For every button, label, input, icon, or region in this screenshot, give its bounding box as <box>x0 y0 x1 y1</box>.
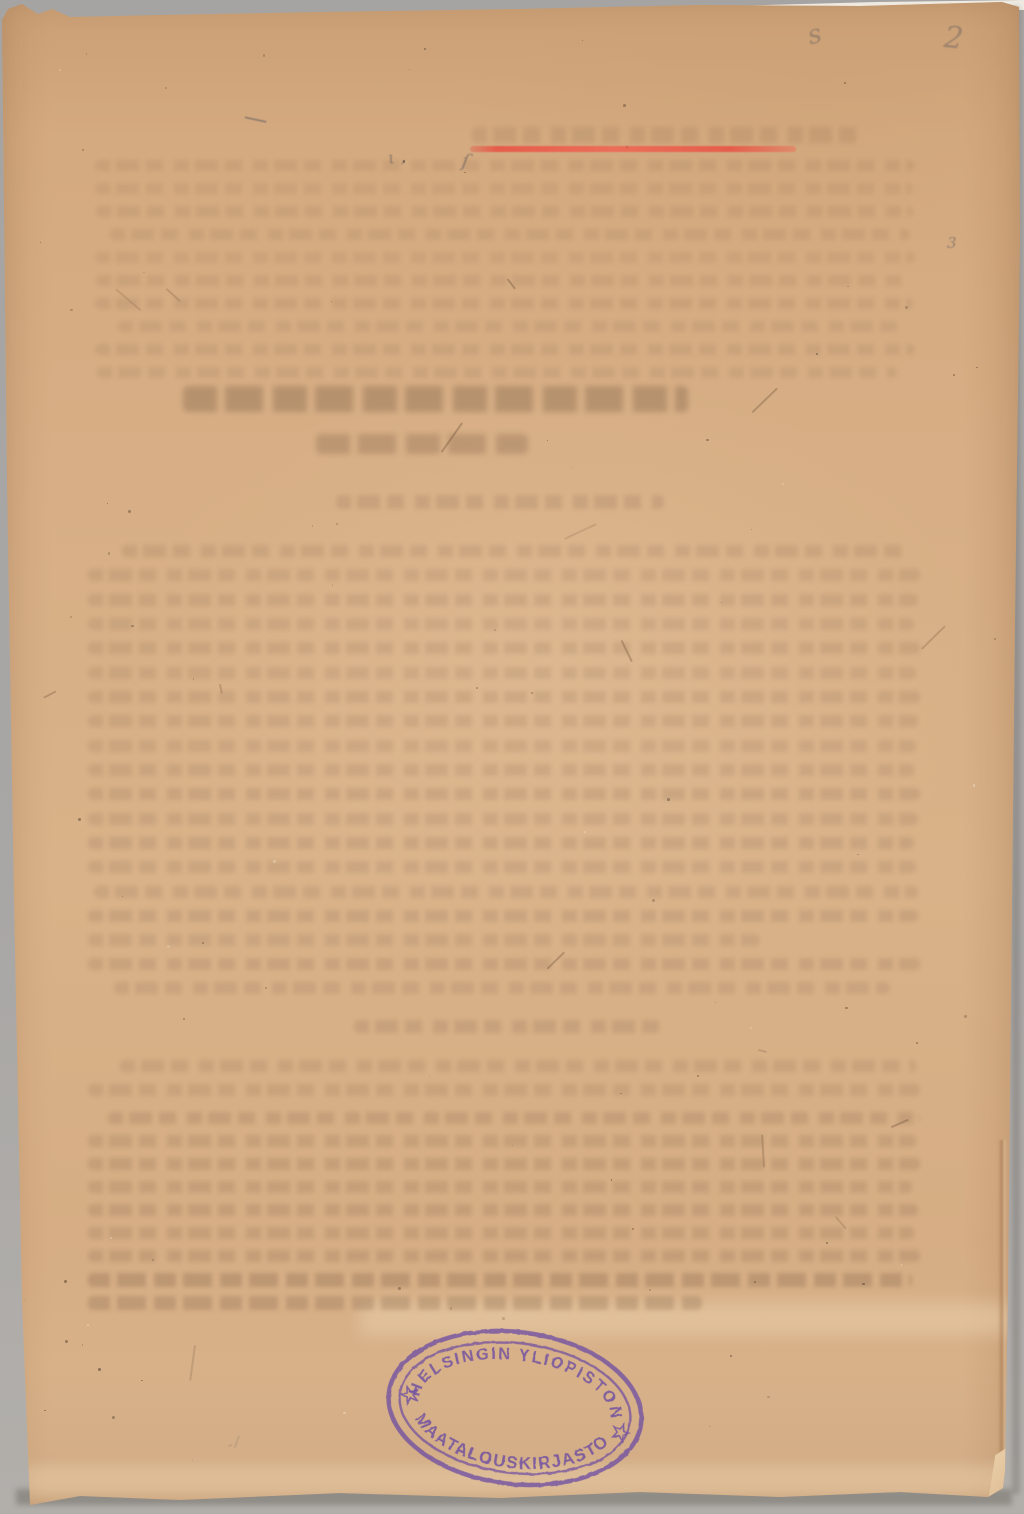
paper-speck <box>86 53 87 54</box>
paper-speck <box>582 40 583 41</box>
ghost-text-line <box>120 1060 916 1072</box>
paper-fiber <box>565 523 597 539</box>
paper-speck <box>847 286 849 288</box>
paper-speck <box>584 831 586 833</box>
ghost-text-line <box>95 298 913 309</box>
paper-speck <box>193 678 194 679</box>
ghost-text-line <box>122 545 912 557</box>
paper-speck <box>953 374 955 376</box>
ghost-text-line <box>336 495 664 509</box>
paper-speck <box>192 1460 193 1461</box>
paper-speck <box>857 854 859 856</box>
ghost-text-line <box>114 982 890 994</box>
paper-speck <box>409 69 410 70</box>
ghost-text-line <box>88 594 918 606</box>
ghost-text-line <box>88 1204 918 1216</box>
ghost-text-line <box>88 861 916 873</box>
paper-speck <box>183 1018 185 1020</box>
paper-speck <box>823 1305 824 1306</box>
paper-speck <box>198 1052 199 1053</box>
ghost-text-line <box>88 934 760 946</box>
scanned-page: s23ι ,ſ—- ⁄ HELSINGIN YLIOPISTON <box>0 0 1024 1514</box>
paper-speck <box>697 1075 699 1077</box>
paper-speck <box>826 1242 828 1244</box>
ghost-text-line <box>118 321 906 332</box>
paper-speck <box>343 1412 346 1415</box>
paper-speck <box>862 1283 865 1286</box>
ghost-text-line <box>88 1250 920 1262</box>
ghost-text-line <box>316 434 528 454</box>
ghost-text-line <box>354 1020 660 1033</box>
paper-speck <box>964 1015 967 1018</box>
ghost-text-line <box>95 252 915 263</box>
paper-speck <box>429 1076 430 1077</box>
ghost-text-line <box>95 183 913 194</box>
ghost-text-line <box>183 386 688 412</box>
ghost-text-line <box>88 691 920 703</box>
paper-speck <box>905 306 907 308</box>
ghost-text-line <box>88 1158 920 1170</box>
paper-fiber <box>190 1345 196 1381</box>
paper-speck <box>202 942 204 944</box>
stamp-top-text: HELSINGIN YLIOPISTON <box>405 1333 632 1423</box>
ghost-text-line <box>88 764 914 776</box>
paper-speck <box>167 945 170 948</box>
ghost-text-line <box>472 127 862 143</box>
paper-speck <box>110 1237 112 1239</box>
ghost-text-line <box>95 344 915 355</box>
paper-speck <box>98 1368 101 1371</box>
paper-speck <box>767 1396 769 1398</box>
paper-speck <box>332 584 333 585</box>
paper-speck <box>312 525 313 526</box>
paper-speck <box>24 1300 25 1301</box>
paper-speck <box>70 616 72 618</box>
ghost-text-line <box>88 1227 914 1239</box>
paper-speck <box>730 1355 732 1357</box>
paper-speck <box>901 1264 903 1266</box>
paper-fiber <box>921 626 946 650</box>
paper-speck <box>78 818 81 821</box>
ghost-text-line <box>108 1112 920 1124</box>
pencil-mark: ι , <box>387 149 407 168</box>
paper-speck <box>754 1281 756 1283</box>
pencil-mark: - ⁄ <box>226 1437 240 1453</box>
paper-speck <box>751 529 752 530</box>
paper-speck <box>44 1410 46 1412</box>
paper-speck <box>82 149 84 151</box>
ghost-text-line <box>88 569 920 581</box>
paper-speck <box>143 272 144 273</box>
paper-speck <box>844 82 846 84</box>
paper-speck <box>40 242 41 243</box>
paper-speck <box>65 1340 68 1343</box>
paper-speck <box>112 1416 115 1419</box>
ghost-text-line <box>88 715 918 727</box>
paper-speck <box>782 483 784 485</box>
paper-speck <box>816 353 818 355</box>
paper-speck <box>64 1280 66 1282</box>
paper-fiber <box>751 388 778 414</box>
paper-speck <box>87 1324 89 1326</box>
ghost-text-line <box>94 886 918 898</box>
paper-speck <box>750 1027 752 1029</box>
right-edge-crease <box>998 1140 1007 1492</box>
paper-speck <box>721 602 722 603</box>
paper-fiber <box>758 1049 767 1053</box>
ghost-text-line <box>88 837 914 849</box>
paper-speck <box>623 104 626 107</box>
red-underline <box>470 146 796 152</box>
paper-speck <box>916 1042 918 1044</box>
paper-speck <box>82 1344 83 1345</box>
ghost-text-line <box>96 275 904 286</box>
paper-speck <box>273 860 275 862</box>
paper-speck <box>845 1007 847 1009</box>
paper-speck <box>450 1307 452 1309</box>
ghost-text-line <box>88 958 920 970</box>
ghost-text-line <box>88 1273 912 1287</box>
paper-page: s23ι ,ſ—- ⁄ HELSINGIN YLIOPISTON <box>0 0 1024 1514</box>
library-stamp: HELSINGIN YLIOPISTON MAATALOUSKIRJASTO ☆… <box>370 1315 670 1505</box>
pencil-mark: 2 <box>942 23 964 55</box>
paper-speck <box>709 1426 711 1428</box>
paper-speck <box>649 1289 651 1291</box>
paper-speck <box>141 1380 143 1382</box>
ghost-text-line <box>95 160 915 171</box>
ghost-text-line <box>96 206 913 217</box>
paper-speck <box>165 87 167 89</box>
paper-speck <box>973 784 975 786</box>
paper-speck <box>476 687 478 689</box>
pencil-mark: s <box>805 21 824 49</box>
paper-speck <box>263 54 266 57</box>
paper-speck <box>107 503 108 504</box>
paper-speck <box>70 309 73 312</box>
paper-speck <box>706 439 708 441</box>
ghost-text-line <box>88 667 916 679</box>
pencil-mark: — <box>242 104 270 132</box>
paper-speck <box>976 367 977 368</box>
ghost-text-line <box>88 788 920 800</box>
paper-speck <box>652 899 655 902</box>
ghost-text-line <box>110 229 910 240</box>
paper-fiber <box>44 691 57 699</box>
paper-speck <box>336 523 338 525</box>
ghost-text-line <box>88 1181 912 1193</box>
stamp-top-text-path: HELSINGIN YLIOPISTON <box>405 1333 632 1423</box>
ghost-text-line <box>88 1135 916 1147</box>
paper-speck <box>403 160 405 162</box>
ghost-text-line <box>88 740 916 752</box>
ghost-text-line <box>88 813 918 825</box>
paper-speck <box>59 69 61 71</box>
paper-speck <box>994 638 996 640</box>
ghost-text-line <box>88 1084 920 1096</box>
ghost-text-line <box>88 618 914 630</box>
ghost-text-line <box>88 642 920 654</box>
paper-speck <box>398 1287 401 1290</box>
paper-speck <box>464 172 465 173</box>
paper-speck <box>131 625 134 628</box>
paper-speck <box>547 440 548 441</box>
paper-speck <box>128 510 131 513</box>
paper-speck <box>424 48 426 50</box>
paper-speck <box>572 467 573 468</box>
paper-speck <box>715 1002 717 1004</box>
pencil-mark: 3 <box>947 236 957 251</box>
paper-speck <box>108 552 111 555</box>
ghost-text-line <box>88 910 918 922</box>
ghost-text-line <box>97 367 897 378</box>
ghost-text-line <box>88 1296 702 1310</box>
paper-speck <box>667 798 670 801</box>
